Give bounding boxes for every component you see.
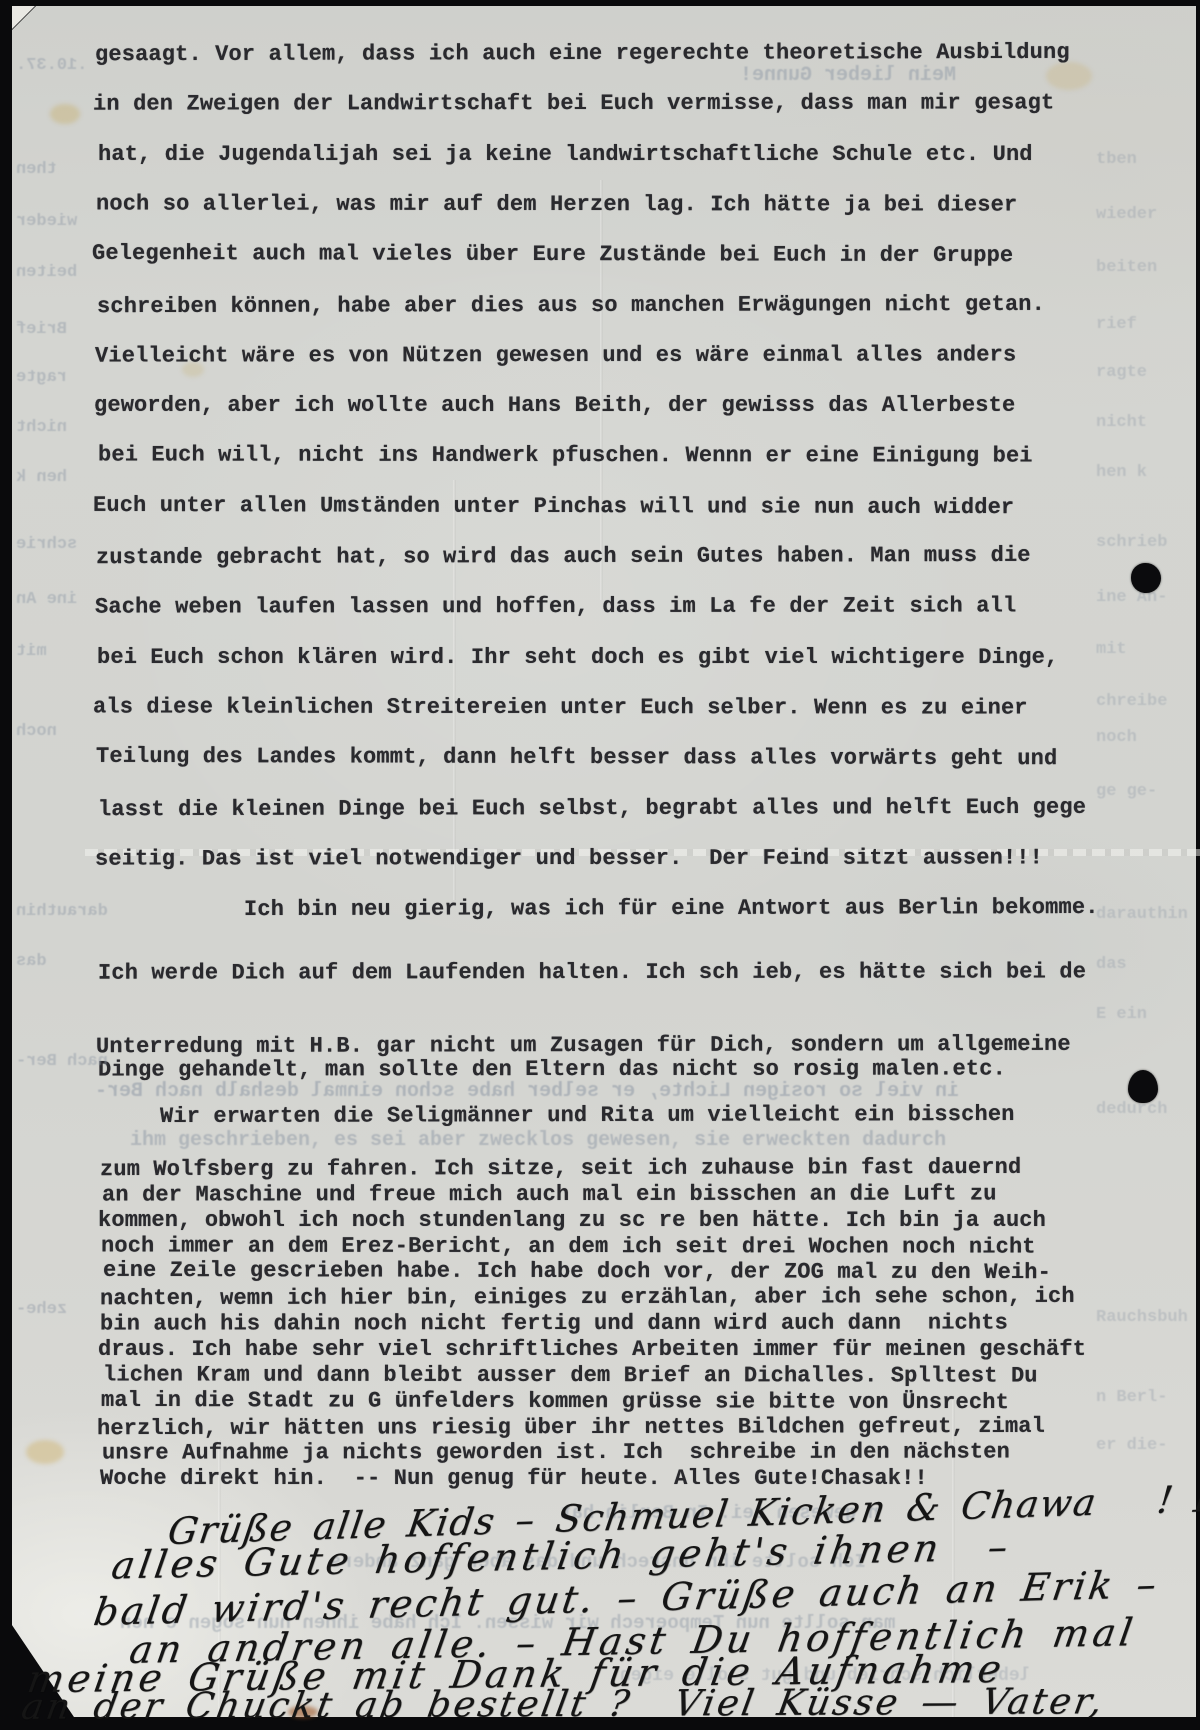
ghost-edge-fragment: .10.37. — [16, 56, 87, 75]
ghost-edge-fragment: das — [1096, 955, 1127, 974]
typed-line: bei Euch will, nicht ins Handwerk pfusch… — [98, 443, 1033, 469]
ghost-edge-fragment: ine An — [16, 590, 77, 609]
handwriting-line: an der Chuckt ab bestellt ? Viel Küsse —… — [19, 1681, 1109, 1728]
typed-line: in den Zweigen der Landwirtschaft bei Eu… — [93, 91, 1054, 117]
typed-line: nachten, wemn ich hier bin, einiges zu e… — [100, 1284, 1075, 1311]
typed-line: als diese kleinlichen Streitereien unter… — [93, 694, 1028, 720]
ghost-edge-fragment: wieder — [1096, 205, 1157, 224]
typed-line: Dinge gehandelt, man sollte den Eltern d… — [98, 1056, 1006, 1082]
typed-line: Woche direkt hin. -- Nun genug für heute… — [100, 1466, 928, 1491]
ghost-edge-fragment: nicht — [16, 418, 67, 437]
typed-line: Ich werde Dich auf dem Laufenden halten.… — [98, 959, 1086, 985]
ghost-edge-fragment: Rauchsbuh — [1096, 1308, 1188, 1327]
scanned-letter-page: gesaagt. Vor allem, dass ich auch eine r… — [0, 0, 1200, 1730]
ghost-edge-fragment: nicht — [1096, 413, 1147, 432]
ghost-edge-fragment: wieder — [16, 212, 77, 231]
typed-line: Vielleicht wäre es von Nützen gewesen un… — [95, 342, 1016, 368]
ghost-bleedthrough-text: ihm geschrieben, es sei aber zwecklos ge… — [130, 1129, 946, 1152]
ghost-bleedthrough-text: in viel so rosigen Lichte, er selber hab… — [95, 1080, 959, 1103]
ghost-edge-fragment: n Berl- — [1096, 1388, 1167, 1407]
ghost-edge-fragment: das — [16, 952, 47, 971]
ghost-edge-fragment: noch — [16, 722, 57, 741]
ghost-edge-fragment: darauthin — [1096, 905, 1188, 924]
typed-line: Unterredung mit H.B. gar nicht um Zusage… — [96, 1032, 1071, 1059]
ghost-edge-fragment: hen k — [1096, 463, 1147, 482]
ink-blot-icon — [1131, 563, 1161, 593]
typed-line: Gelegenheit auch mal vieles über Eure Zu… — [92, 241, 1013, 268]
ghost-edge-fragment: ine An- — [1096, 588, 1167, 607]
ghost-edge-fragment: schrieb — [1096, 533, 1167, 552]
ghost-edge-fragment: beiten — [1096, 258, 1157, 277]
typed-line: Teilung des Landes kommt, dann helft bes… — [96, 744, 1057, 771]
typed-line: Ich bin neu gierig, was ich für eine Ant… — [244, 895, 1099, 922]
typed-line: Euch unter allen Umständen unter Pinchas… — [93, 493, 1014, 520]
ghost-edge-fragment: then — [16, 160, 57, 179]
typed-line: Wir erwarten die Seligmänner und Rita um… — [160, 1102, 1015, 1129]
typed-line: unsre Aufnahme ja nichts geworden ist. I… — [102, 1440, 1010, 1466]
typed-line: Sache weben laufen lassen und hoffen, da… — [95, 594, 1016, 620]
vertical-crease — [453, 480, 456, 900]
ghost-edge-fragment: tben — [1096, 150, 1137, 169]
typed-line: kommen, obwohl ich noch stundenlang zu s… — [98, 1208, 1046, 1233]
ink-blot-icon — [1128, 1070, 1158, 1103]
typed-line: seitig. Das ist viel notwendiger und bes… — [95, 845, 1043, 871]
paper-stain — [1046, 62, 1092, 90]
ghost-edge-fragment: zehe- — [16, 1300, 67, 1319]
typed-line: bei Euch schon klären wird. Ihr seht doc… — [97, 645, 1058, 670]
ghost-edge-fragment: ragte — [1096, 363, 1147, 382]
typed-line: an der Maschine und freue mich auch mal … — [102, 1181, 997, 1207]
ghost-edge-fragment: darauthin — [16, 902, 108, 921]
ghost-edge-fragment: chreibe — [1096, 692, 1167, 711]
ghost-edge-fragment: ge ge- — [1096, 782, 1157, 801]
typed-line: schreiben können, habe aber dies aus so … — [97, 291, 1045, 318]
typed-line: mal in die Stadt zu G ünfelders kommen g… — [101, 1388, 1009, 1415]
typed-line: noch so allerlei, was mir auf dem Herzen… — [96, 191, 1017, 217]
ghost-edge-fragment: schrie — [16, 535, 77, 554]
ghost-edge-fragment: ragte — [16, 368, 67, 387]
ghost-bleedthrough-text: Mein lieber Gunne! — [740, 64, 956, 87]
ghost-edge-fragment: noch — [1096, 728, 1137, 747]
ghost-edge-fragment: Brief — [16, 320, 67, 339]
typed-line: geworden, aber ich wollte auch Hans Beit… — [94, 393, 1015, 418]
ghost-edge-fragment: er die- — [1096, 1436, 1167, 1455]
paper-stain — [50, 104, 80, 124]
ghost-edge-fragment: mit — [1096, 640, 1127, 659]
ghost-edge-fragment: hen k — [16, 468, 67, 487]
ghost-edge-fragment: rief — [1096, 315, 1137, 334]
typed-line: eine Zeile gescrieben habe. Ich habe doc… — [103, 1258, 1051, 1285]
typed-line: herzlich, wir hätten uns riesig über ihr… — [97, 1413, 1045, 1440]
typed-line: zustande gebracht hat, so wird das auch … — [96, 543, 1031, 570]
typed-line: noch immer an dem Erez-Bericht, an dem i… — [101, 1233, 1036, 1259]
ghost-edge-fragment: nach Ber- — [16, 1052, 108, 1071]
typed-line: hat, die Jugendalijah sei ja keine landw… — [98, 142, 1033, 167]
typed-line: bin auch his dahin noch nicht fertig und… — [100, 1311, 1008, 1337]
typed-line: zum Wolfsberg zu fahren. Ich sitze, seit… — [100, 1155, 1021, 1182]
ghost-edge-fragment: E ein — [1096, 1005, 1147, 1024]
typed-line: lasst die kleinen Dinge bei Euch selbst,… — [98, 794, 1086, 821]
ghost-edge-fragment: mit — [16, 642, 47, 661]
ghost-edge-fragment: beiten — [16, 263, 77, 282]
paper-stain — [26, 1440, 64, 1464]
typed-line: lichen Kram und dann bleibt ausser dem B… — [103, 1362, 1038, 1388]
ghost-edge-fragment: dedurch — [1096, 1100, 1167, 1119]
typed-line: draus. Ich habe sehr viel schriftliches … — [98, 1337, 1086, 1362]
